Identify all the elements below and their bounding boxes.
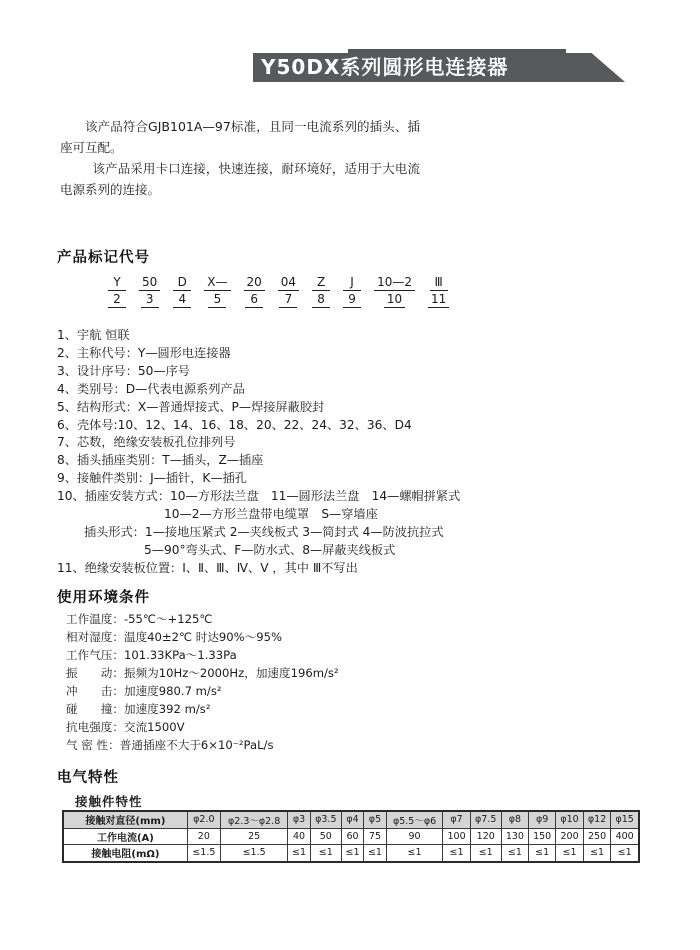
- code-symbol: Z: [312, 276, 330, 291]
- table-cell: 60: [341, 828, 363, 845]
- table-cell: ≤1.5: [187, 845, 220, 862]
- code-symbol: Y: [108, 276, 126, 291]
- marking-note-line: 10—2—方形兰盘带电缆罩 S—穿墙座: [57, 506, 657, 524]
- marking-note-line: 11、绝缘安装板位置：Ⅰ、Ⅱ、Ⅲ、Ⅳ、Ⅴ ，其中 Ⅲ不写出: [57, 560, 657, 578]
- environment-list: 工作温度：-55℃～+125℃相对湿度：温度40±2℃ 时达90%～95%工作气…: [66, 610, 339, 754]
- table-cell: φ5.5～φ6: [386, 811, 443, 828]
- marking-note-line: 8、插头插座类别：T—插头，Z—插座: [57, 452, 657, 470]
- table-cell: 200: [556, 828, 584, 845]
- environment-item: 气 密 性：普通插座不大于6×10⁻²PaL/s: [66, 736, 339, 754]
- intro-paragraph-2: 该产品采用卡口连接，快速连接，耐环境好，适用于大电流电源系列的连接。: [60, 158, 420, 200]
- table-cell: 120: [470, 828, 501, 845]
- marking-note-line: 插头形式：1—接地压紧式 2—夹线板式 3—简封式 4—防波抗拉式: [57, 524, 657, 542]
- table-row-label: 接触电阻(mΩ): [63, 845, 187, 862]
- table-cell: 25: [220, 828, 287, 845]
- table-cell: ≤1: [501, 845, 528, 862]
- environment-item-value: 温度40±2℃ 时达90%～95%: [124, 630, 282, 644]
- table-cell: ≤1: [386, 845, 443, 862]
- marking-note-line: 1、宇航 恒联: [57, 327, 657, 345]
- environment-item-label: 工作气压：: [66, 646, 124, 664]
- marking-code-item: J9: [343, 276, 361, 308]
- table-cell: ≤1: [611, 845, 639, 862]
- code-position-number: 5: [208, 293, 226, 308]
- marking-code-item: X—5: [204, 276, 230, 308]
- table-cell: 40: [288, 828, 310, 845]
- contact-table: 接触对直径(mm)φ2.0φ2.3～φ2.8φ3φ3.5φ4φ5φ5.5～φ6φ…: [62, 810, 640, 863]
- table-cell: ≤1: [364, 845, 386, 862]
- code-position-number: 7: [279, 293, 297, 308]
- environment-item-label: 碰 撞：: [66, 700, 124, 718]
- marking-code-item: D4: [173, 276, 191, 308]
- table-cell: φ10: [556, 811, 584, 828]
- code-symbol: 50: [139, 276, 160, 291]
- marking-code-item: 047: [278, 276, 299, 308]
- environment-item-value: 加速度392 m/s²: [124, 702, 210, 716]
- title-banner: Y50DX系列圆形电连接器: [253, 49, 625, 83]
- marking-code-diagram: Y2503D4X—5206047Z8J910—210Ⅲ11: [108, 276, 449, 308]
- table-cell: φ5: [364, 811, 386, 828]
- table-cell: 250: [583, 828, 611, 845]
- table-row-label: 工作电流(A): [63, 828, 187, 845]
- code-position-number: 6: [245, 293, 263, 308]
- table-row: 接触电阻(mΩ)≤1.5≤1.5≤1≤1≤1≤1≤1≤1≤1≤1≤1≤1≤1≤1: [63, 845, 639, 862]
- table-cell: 150: [529, 828, 556, 845]
- table-cell: φ3: [288, 811, 310, 828]
- environment-item: 相对湿度：温度40±2℃ 时达90%～95%: [66, 628, 339, 646]
- table-cell: φ15: [611, 811, 639, 828]
- environment-item-value: 振频为10Hz～2000Hz，加速度196m/s²: [124, 666, 339, 680]
- marking-note-line: 9、接触件类别：J—插针，K—插孔: [57, 470, 657, 488]
- environment-item-label: 相对湿度：: [66, 628, 124, 646]
- marking-note-line: 3、设计序号：50—序号: [57, 363, 657, 381]
- page-title: Y50DX系列圆形电连接器: [261, 53, 508, 82]
- marking-code-item: Ⅲ11: [428, 276, 449, 308]
- table-cell: ≤1: [310, 845, 341, 862]
- marking-code-item: 206: [244, 276, 265, 308]
- marking-note-line: 5、结构形式：X—普通焊接式、P—焊接屏蔽胶封: [57, 399, 657, 417]
- code-symbol: D: [173, 276, 191, 291]
- marking-note-line: 6、壳体号:10、12、14、16、18、20、22、24、32、36、D4: [57, 417, 657, 435]
- table-cell: 20: [187, 828, 220, 845]
- environment-item-label: 工作温度：: [66, 610, 124, 628]
- section-heading-environment: 使用环境条件: [57, 586, 150, 607]
- table-cell: ≤1: [529, 845, 556, 862]
- section-heading-electrical: 电气特性: [57, 766, 119, 787]
- environment-item-value: 交流1500V: [124, 720, 185, 734]
- table-cell: ≤1: [470, 845, 501, 862]
- table-cell: φ12: [583, 811, 611, 828]
- subsection-heading-contact: 接触件特性: [75, 792, 143, 810]
- environment-item-value: 加速度980.7 m/s²: [124, 684, 222, 698]
- environment-item-value: 普通插座不大于6×10⁻²PaL/s: [120, 738, 274, 752]
- marking-code-item: 503: [139, 276, 160, 308]
- code-symbol: Ⅲ: [430, 276, 448, 291]
- code-symbol: X—: [204, 276, 230, 291]
- environment-item: 抗电强度：交流1500V: [66, 718, 339, 736]
- environment-item: 振 动：振频为10Hz～2000Hz，加速度196m/s²: [66, 664, 339, 682]
- section-heading-marking: 产品标记代号: [57, 246, 150, 267]
- marking-note-line: 10、插座安装方式：10—方形法兰盘 11—圆形法兰盘 14—螺帽拼紧式: [57, 488, 657, 506]
- table-cell: φ3.5: [310, 811, 341, 828]
- code-position-number: 10: [384, 293, 405, 308]
- table-cell: φ2.3～φ2.8: [220, 811, 287, 828]
- code-symbol: 04: [278, 276, 299, 291]
- table-cell: ≤1.5: [220, 845, 287, 862]
- marking-note-line: 2、主称代号：Y—圆形电连接器: [57, 345, 657, 363]
- table-cell: ≤1: [583, 845, 611, 862]
- table-cell: 75: [364, 828, 386, 845]
- table-cell: ≤1: [556, 845, 584, 862]
- marking-note-line: 7、芯数，绝缘安装板孔位排列号: [57, 434, 657, 452]
- code-symbol: J: [343, 276, 361, 291]
- marking-code-item: Y2: [108, 276, 126, 308]
- intro-paragraphs: 该产品符合GJB101A—97标准，且同一电流系列的插头、插座可互配。 该产品采…: [60, 116, 420, 200]
- code-position-number: 2: [108, 293, 126, 308]
- table-cell: φ8: [501, 811, 528, 828]
- environment-item-value: 101.33KPa～1.33Pa: [124, 648, 237, 662]
- table-cell: 130: [501, 828, 528, 845]
- table-cell: ≤1: [288, 845, 310, 862]
- intro-paragraph-1: 该产品符合GJB101A—97标准，且同一电流系列的插头、插座可互配。: [60, 116, 420, 158]
- table-cell: φ7.5: [470, 811, 501, 828]
- code-position-number: 4: [173, 293, 191, 308]
- contact-table-body: 接触对直径(mm)φ2.0φ2.3～φ2.8φ3φ3.5φ4φ5φ5.5～φ6φ…: [63, 811, 639, 862]
- table-row: 接触对直径(mm)φ2.0φ2.3～φ2.8φ3φ3.5φ4φ5φ5.5～φ6φ…: [63, 811, 639, 828]
- environment-item-label: 冲 击：: [66, 682, 124, 700]
- code-position-number: 9: [343, 293, 361, 308]
- code-symbol: 10—2: [374, 276, 415, 291]
- code-position-number: 11: [428, 293, 449, 308]
- code-symbol: 20: [244, 276, 265, 291]
- environment-item: 工作温度：-55℃～+125℃: [66, 610, 339, 628]
- table-row: 工作电流(A)202540506075901001201301502002504…: [63, 828, 639, 845]
- table-cell: 90: [386, 828, 443, 845]
- environment-item: 碰 撞：加速度392 m/s²: [66, 700, 339, 718]
- marking-notes: 1、宇航 恒联2、主称代号：Y—圆形电连接器3、设计序号：50—序号4、类别号：…: [57, 327, 657, 578]
- table-row-label: 接触对直径(mm): [63, 811, 187, 828]
- environment-item: 冲 击：加速度980.7 m/s²: [66, 682, 339, 700]
- environment-item-value: -55℃～+125℃: [124, 612, 212, 626]
- table-cell: φ2.0: [187, 811, 220, 828]
- table-cell: 400: [611, 828, 639, 845]
- environment-item-label: 振 动：: [66, 664, 124, 682]
- document-page: Y50DX系列圆形电连接器 该产品符合GJB101A—97标准，且同一电流系列的…: [0, 0, 700, 950]
- table-cell: φ9: [529, 811, 556, 828]
- marking-code-item: Z8: [312, 276, 330, 308]
- table-cell: 50: [310, 828, 341, 845]
- table-cell: ≤1: [443, 845, 470, 862]
- code-position-number: 8: [312, 293, 330, 308]
- marking-note-line: 4、类别号：D—代表电源系列产品: [57, 381, 657, 399]
- table-cell: ≤1: [341, 845, 363, 862]
- environment-item: 工作气压：101.33KPa～1.33Pa: [66, 646, 339, 664]
- marking-code-item: 10—210: [374, 276, 415, 308]
- table-cell: 100: [443, 828, 470, 845]
- environment-item-label: 气 密 性：: [66, 736, 120, 754]
- table-cell: φ7: [443, 811, 470, 828]
- marking-note-line: 5—90°弯头式、F—防水式、8—屏蔽夹线板式: [57, 542, 657, 560]
- table-cell: φ4: [341, 811, 363, 828]
- environment-item-label: 抗电强度：: [66, 718, 124, 736]
- code-position-number: 3: [141, 293, 159, 308]
